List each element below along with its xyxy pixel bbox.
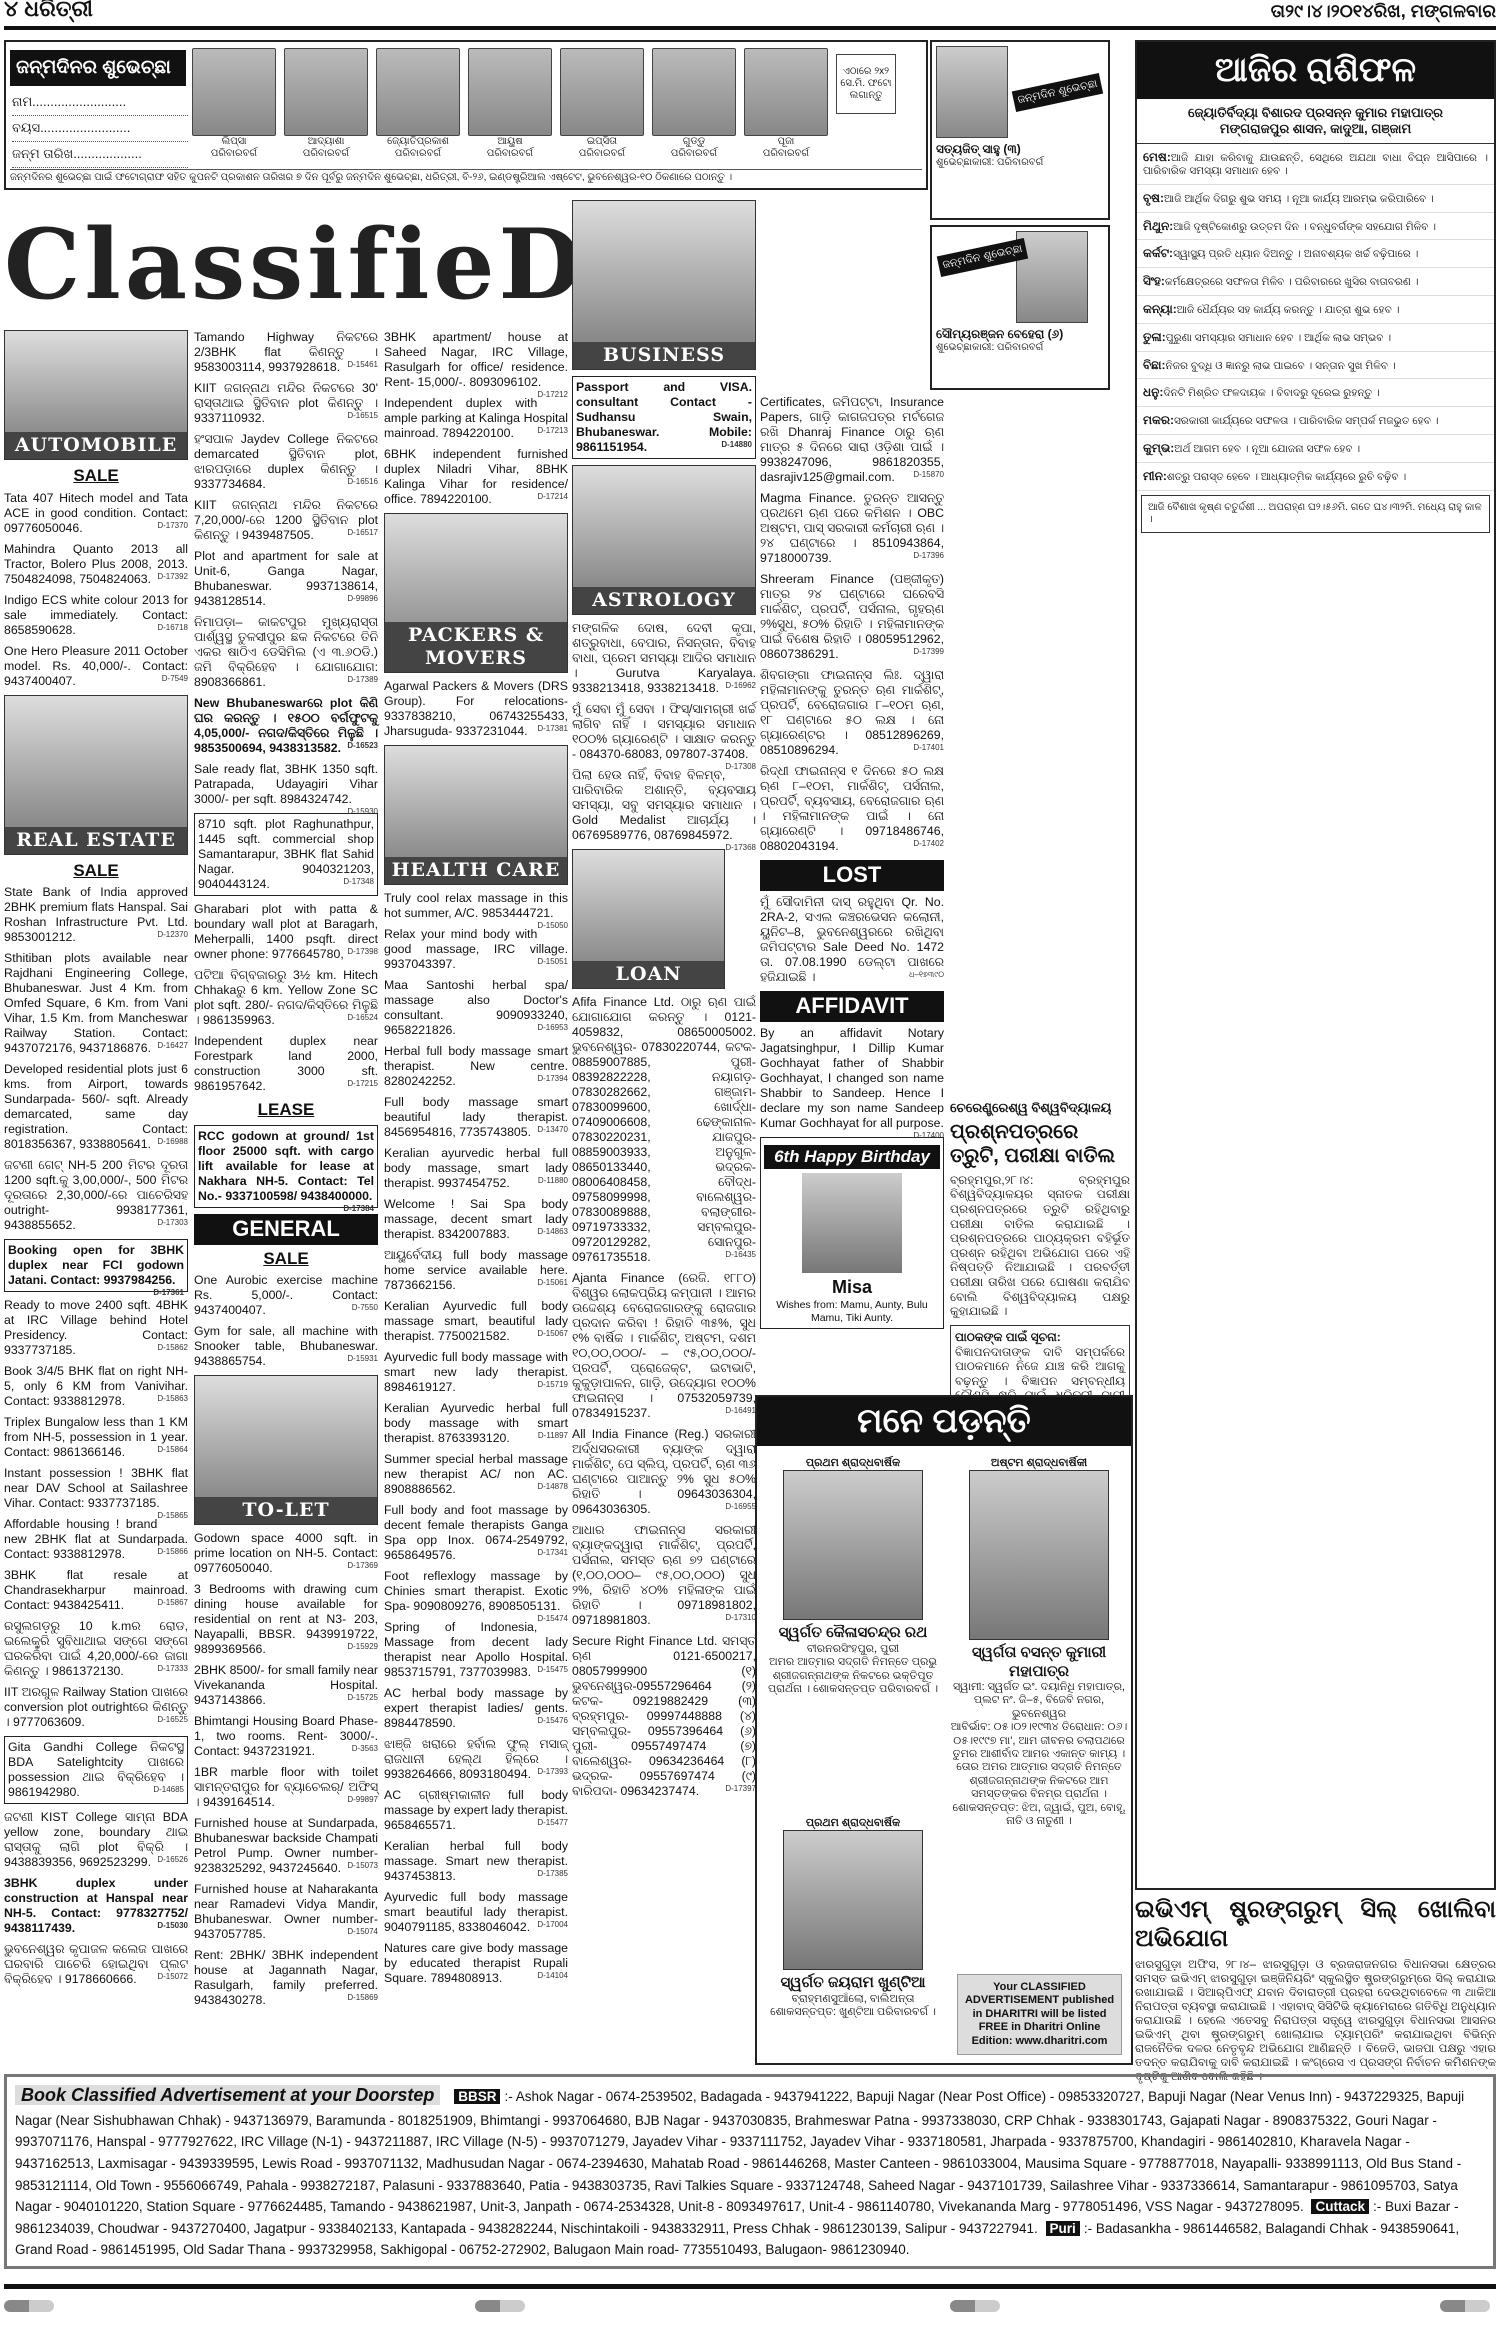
- classified-ad: ଝାଞ୍ଜି ଖରାରେ ହର୍ବାଲ ଫୁଲ୍ ମସାଜ୍ ରାଜଧାନୀ ହ…: [384, 1737, 568, 1782]
- classified-ad: Sale ready flat, 3BHK 1350 sqft. Patrapa…: [194, 762, 378, 807]
- ad-code: D-15074: [347, 1927, 378, 1937]
- sign-text: ଶତ୍ରୁ ପରାସ୍ତ ହେବେ । ଆଧ୍ୟାତ୍ମିକ କାର୍ଯ୍ୟରେ…: [1167, 471, 1406, 483]
- classified-ad: Truly cool relax massage in this hot sum…: [384, 891, 568, 921]
- automobile-banner: AUTOMOBILE: [4, 330, 188, 460]
- ad-code: D-16523: [347, 741, 378, 751]
- kid-name: ଜ୍ୟୋତିପ୍ରକାଶ: [376, 136, 460, 148]
- kid-from: ପରିବାରବର୍ଗ: [468, 148, 552, 160]
- kid-photo: [744, 48, 828, 136]
- loan-banner: LOAN: [572, 849, 725, 989]
- obit-name: ସ୍ୱର୍ଗତା ବସନ୍ତ କୁମାରୀ ମହାପାତ୍ର: [949, 1644, 1129, 1681]
- obituary: ଅଷ୍ଟମ ଶ୍ରାଦ୍ଧବାର୍ଷିକୀ ସ୍ୱର୍ଗତା ବସନ୍ତ କୁମ…: [949, 1457, 1129, 1828]
- sign-name: ମକର:: [1143, 413, 1174, 427]
- horoscope-sign: ତୁଳା:ପୁରୁଣା ସମସ୍ୟାର ସମାଧାନ ହେବ । ଆର୍ଥିକ …: [1137, 324, 1494, 352]
- horoscope-sign: ଧନୁ:ଦିନଟି ମିଶ୍ରିତ ଫଳଦାୟକ । ବିବାଦରୁ ଦୂରେଇ…: [1137, 379, 1494, 407]
- horoscope-sign: ମକର:ସରକାରୀ କାର୍ଯ୍ୟରେ ସଫଳତା । ପାରିବାରିକ ସ…: [1137, 407, 1494, 435]
- ad-code: D-15477: [537, 1818, 568, 1828]
- notice-title: ପାଠକଙ୍କ ପାଇଁ ସୂଚନା:: [955, 1330, 1125, 1345]
- kid-name: ଆଦ୍ୟାଶା: [284, 136, 368, 148]
- ad-code: D-16427: [157, 1041, 188, 1051]
- horoscope-sign: ବିଛା:ନିଜର ବୁଦ୍ଧି ଓ ଜ୍ଞାନରୁ ଲାଭ ପାଇବେ । ସ…: [1137, 352, 1494, 380]
- story-body: ବ୍ରହ୍ମପୁର,୨୮।୪: ବ୍ରହ୍ମପୁର ବିଶ୍ୱବିଦ୍ୟାଳୟର…: [950, 1173, 1130, 1319]
- classified-ad: Furnished house at Naharakanta near Rama…: [194, 1882, 378, 1942]
- classified-ad: KIIT ଜଗନ୍ନାଥ ମନ୍ଦିର ନିକଟରେ 30' ରାସ୍ତାଥାଇ…: [194, 381, 378, 426]
- classified-ad: Plot and apartment for sale at Unit-6, G…: [194, 549, 378, 609]
- ad-code: D-15869: [347, 1993, 378, 2003]
- classified-ad: 8710 sqft. plot Raghunathpur, 1445 sqft.…: [194, 813, 378, 896]
- page-number: ୪ ଧରିତ୍ରୀ: [4, 0, 93, 23]
- ad-text: Booking open for 3BHK duplex near FCI go…: [8, 1243, 184, 1287]
- ad-text: Ajanta Finance (ରେଜି. ୧୮୮୦) ବିଶ୍ୱର ଲୋକପ୍…: [572, 1271, 756, 1420]
- page-header: ୪ ଧରିତ୍ରୀ ତା୨୯।୪।୨୦୧୪ରିଖ, ମଙ୍ଗଳବାର: [4, 0, 1496, 30]
- classified-ad: Tamando Highway ନିକଟରେ 2/3BHK flat କିଣନ୍…: [194, 330, 378, 375]
- classified-ad: ଜଟଣୀ ଗେଟ୍ NH-5 200 ମିଟର ଦୂରତା 1200 sqft.…: [4, 1158, 188, 1233]
- ad-code: D-15862: [157, 1343, 188, 1353]
- ad-code: D-16953: [537, 1023, 568, 1033]
- classified-ad: ହଂସପାଳ Jaydev College ନିକଟରେ demarcated …: [194, 432, 378, 492]
- ad-text: Truly cool relax massage in this hot sum…: [384, 891, 568, 920]
- ad-code: D-17303: [157, 1218, 188, 1228]
- ad-code: D-15051: [537, 957, 568, 967]
- kid-photo: [192, 48, 276, 136]
- classified-ad: Afifa Finance Ltd. ଠାରୁ ଋଣ ପାଇଁ ଯୋଗାଯୋଗ …: [572, 995, 756, 1265]
- ad-code: D-15475: [537, 1665, 568, 1675]
- classified-ad: IIT ଅରଗୁଳ Railway Station ପାଖରେ conversi…: [4, 1685, 188, 1730]
- ad-code: D-17213: [537, 426, 568, 436]
- ad-text: Instant possession ! 3BHK flat near DAV …: [4, 1466, 188, 1510]
- classified-ad: Book 3/4/5 BHK flat on right NH-5, only …: [4, 1364, 188, 1409]
- classified-ad: ନିମାପଡ଼ା– କାକଟପୁର ମୁଖ୍ୟରାସ୍ତା ପାର୍ଶ୍ୱସ୍ଥ…: [194, 615, 378, 690]
- classified-logo: ClassifieD: [4, 205, 564, 325]
- ad-code: D-17397: [725, 1784, 756, 1794]
- mane-padanti-title: ମନେ ପଡ଼ନ୍ତି: [757, 1397, 1131, 1446]
- astrologer-name: ଜ୍ୟୋତିର୍ବିଦ୍ୟା ବିଶାରଦ ପ୍ରସନ୍ନ କୁମାର ମହାପ…: [1143, 105, 1488, 121]
- birthday-photo: [802, 1173, 902, 1273]
- kid-photo: [284, 48, 368, 136]
- ad-code: D-15050: [537, 921, 568, 931]
- coupon-dob-field: ଜନ୍ମ ତାରିଖ...................: [12, 146, 188, 168]
- color-registration-mark: [1440, 2300, 1490, 2312]
- classified-ad: New Bhubaneswarରେ plot କିଣି ଘର କରନ୍ତୁ । …: [194, 696, 378, 756]
- obit-text: ଆବିର୍ଭାବ: ୦୫।୦୨।୧୯୩୪ ତିରୋଧାନ: ୦୬।୦୫।୧୯୯୭…: [949, 1721, 1129, 1828]
- classified-ad: ଜଟଣୀ KIST College ସାମ୍ନା BDA yellow zone…: [4, 1810, 188, 1870]
- ad-text: One Hero Pleasure 2011 October model. Rs…: [4, 644, 188, 688]
- sign-name: ତୁଳା:: [1143, 330, 1166, 344]
- classified-ad: Secure Right Finance Ltd. ସମସ୍ତ ଋଣ 0121-…: [572, 1634, 756, 1799]
- coupon-name-field: ନାମ..........................: [12, 94, 188, 116]
- ad-code: D-15865: [157, 1511, 188, 1521]
- birthday-tag: ଜନ୍ମଦିନ ଶୁଭେଚ୍ଛା: [937, 238, 1029, 277]
- classified-ad: Maa Santoshi herbal spa/ massage also Do…: [384, 978, 568, 1038]
- classified-ad: Foot reflexlogy massage by Chinies smart…: [384, 1569, 568, 1614]
- obit-text: ଶୋକସନ୍ତପ୍ତ: ଖୁଣ୍ଟିଆ ପରିବାରବର୍ଗ ।: [763, 2006, 943, 2019]
- birthday-kids: ଲିପ୍ସାପରିବାରବର୍ଗ ଆଦ୍ୟାଶାପରିବାରବର୍ଗ ଜ୍ୟୋତ…: [192, 48, 896, 160]
- booking-centres-footer: Book Classified Advertisement at your Do…: [4, 2074, 1496, 2269]
- side-birthday-card: ଜନ୍ମଦିନ ଶୁଭେଚ୍ଛା ସତ୍ୟଜିତ୍ ସାହୁ (୩) ଶୁଭେଚ…: [930, 40, 1110, 220]
- ad-code: D-16515: [347, 411, 378, 421]
- sign-text: ନିଜର ବୁଦ୍ଧି ଓ ଜ୍ଞାନରୁ ଲାଭ ପାଇବେ । ସନ୍ତାନ…: [1166, 360, 1396, 372]
- ad-code: D-14685: [153, 1785, 184, 1795]
- ad-text: Sthitiban plots available near Rajdhani …: [4, 951, 188, 1055]
- sign-text: ସ୍ୱାସ୍ଥ୍ୟ ପ୍ରତି ଧ୍ୟାନ ଦିଅନ୍ତୁ । ଅନାବଶ୍ୟକ…: [1173, 248, 1418, 260]
- ad-code: D-17396: [913, 551, 944, 561]
- column-4: BUSINESS Passport and VISA. consultant C…: [572, 200, 756, 1805]
- classified-ad: Summer special herbal massage new therap…: [384, 1452, 568, 1497]
- ad-code: D-16988: [157, 1137, 188, 1147]
- ad-text: ମୁଁ ସେବା ମୁଁ ସେବା । ଫିସ୍/ସାମଗ୍ରୀ ଖର୍ଚ୍ଚ …: [572, 702, 756, 761]
- birthday-tag: ଜନ୍ମଦିନ ଶୁଭେଚ୍ଛା: [1011, 73, 1103, 112]
- astrologer: ଜ୍ୟୋତିର୍ବିଦ୍ୟା ବିଶାରଦ ପ୍ରସନ୍ନ କୁମାର ମହାପ…: [1137, 99, 1494, 144]
- kid-card: ଆଦ୍ୟାଶାପରିବାରବର୍ଗ: [284, 48, 368, 160]
- classified-ad: Ajanta Finance (ରେଜି. ୧୮୮୦) ବିଶ୍ୱର ଲୋକପ୍…: [572, 1271, 756, 1421]
- classified-ad: ମୁଁ ସେବା ମୁଁ ସେବା । ଫିସ୍/ସାମଗ୍ରୀ ଖର୍ଚ୍ଚ …: [572, 702, 756, 762]
- page-date: ତା୨୯।୪।୨୦୧୪ରିଖ, ମଙ୍ଗଳବାର: [1271, 1, 1496, 23]
- ad-code: D-17394: [537, 1074, 568, 1084]
- ad-code: D-15067: [537, 1329, 568, 1339]
- sign-name: କର୍କଟ:: [1143, 246, 1173, 260]
- ad-code: D-17398: [347, 947, 378, 957]
- obit-photo: [783, 1830, 923, 1970]
- horoscope-sign: କୁମ୍ଭ:ଅର୍ଥ ଆଗମ ହେବ । ନୂଆ ଯୋଜନା ସଫଳ ହେବ ।: [1137, 435, 1494, 463]
- happy-birthday-ad: 6th Happy Birthday Misa Wishes from: Mam…: [760, 1137, 944, 1329]
- story-kicker: ଚେରେଣ୍ଡ୍ରେଶ୍ୱ ବିଶ୍ୱବିଦ୍ୟାଳୟ: [950, 1100, 1130, 1116]
- ad-code: D-7550: [352, 1303, 378, 1313]
- news-body: ଝାରସୁଗୁଡ଼ା ଅଫିସ, ୨୮।୪– ଝାରସୁଗୁଡ଼ା ଓ ବ୍ରଜ…: [1135, 1958, 1496, 2084]
- classified-ad: 3 Bedrooms with drawing cum dining house…: [194, 1582, 378, 1657]
- ad-code: D-15864: [157, 1445, 188, 1455]
- ad-code: D-17215: [347, 1079, 378, 1089]
- classified-ad: Herbal full body massage smart therapist…: [384, 1044, 568, 1089]
- ad-code: D-7549: [162, 674, 188, 684]
- obit-label: ଅଷ୍ଟମ ଶ୍ରାଦ୍ଧବାର୍ଷିକୀ: [949, 1457, 1129, 1470]
- ad-code: D-17381: [537, 724, 568, 734]
- kid-from: ପରିବାରବର୍ଗ: [376, 148, 460, 160]
- ad-code: D-15073: [347, 1861, 378, 1871]
- kid-from: ପରିବାରବର୍ଗ: [652, 148, 736, 160]
- birthday-name: ସତ୍ୟଜିତ୍ ସାହୁ (୩): [936, 142, 1104, 157]
- ad-code: D-13470: [537, 1125, 568, 1135]
- classified-ad: Welcome ! Sai Spa body massage, decent s…: [384, 1197, 568, 1242]
- classified-ad: ରସୁଲଗଡ଼ରୁ 10 k.mର ରୋଡ, ଇଲେକ୍ଟ୍ରି ସୁବିଧାଥ…: [4, 1619, 188, 1679]
- classified-ad: Relax your mind body with good massage, …: [384, 927, 568, 972]
- news-headline: ଇଭିଏମ୍ ଷ୍ଟ୍ରଙ୍ଗରୁମ୍ ସିଲ୍ ଖୋଲିବା ଅଭିଯୋଗ: [1135, 1895, 1496, 1954]
- horoscope-sign: ମିଥୁନ:ଆଜି ଦୃଷ୍ଟିକୋଣରୁ ଉତ୍ତମ ଦିନ । ବନ୍ଧୁବ…: [1137, 213, 1494, 241]
- kid-name: ଲିପ୍ସା: [192, 136, 276, 148]
- obit-place: ବୀରନରସିଂହପୁର, ପୁରୀ: [763, 1643, 943, 1656]
- classified-ad: Independent duplex near Forestpark land …: [194, 1034, 378, 1094]
- ad-code: D-17361: [153, 1288, 184, 1298]
- classified-ad: ମଙ୍ଗଳିକ ଦୋଷ, ଦେବୀ କୃପା, ଶତ୍ରୁବାଧା, ବେପାର…: [572, 621, 756, 696]
- ad-code: D-17308: [725, 762, 756, 772]
- lost-ad: ମୁଁ ସୌଦାମିନୀ ଦାସ୍ ରହୁଥିବା Qr. No. 2RA-2,…: [760, 895, 944, 985]
- horoscope-sign: କର୍କଟ:ସ୍ୱାସ୍ଥ୍ୟ ପ୍ରତି ଧ୍ୟାନ ଦିଅନ୍ତୁ । ଅନ…: [1137, 240, 1494, 268]
- classified-ad: Spring of Indonesia, Massage from decent…: [384, 1620, 568, 1680]
- classified-ad: AC ଗ୍ରୀଷ୍ମକାଳୀନ full body massage by exp…: [384, 1788, 568, 1833]
- obituary: ପ୍ରଥମ ଶ୍ରାଦ୍ଧବାର୍ଷିକ ସ୍ୱର୍ଗତ ଜୟରାମ ଖୁଣ୍ଟ…: [763, 1817, 943, 2020]
- classified-ad: AC herbal body massage by expert therapi…: [384, 1686, 568, 1731]
- classified-ad: Mahindra Quanto 2013 all Tractor, Bolero…: [4, 542, 188, 587]
- ad-code: D-99896: [347, 594, 378, 604]
- ad-code: D-14104: [537, 1971, 568, 1981]
- kid-photo: [468, 48, 552, 136]
- ad-code: D-16524: [347, 1013, 378, 1023]
- classified-ad: Passport and VISA. consultant Contact - …: [572, 376, 756, 459]
- classified-ad: Booking open for 3BHK duplex near FCI go…: [4, 1239, 188, 1292]
- classified-ad: Full body massage smart beautiful lady t…: [384, 1095, 568, 1140]
- sign-text: ଦିନଟି ମିଶ୍ରିତ ଫଳଦାୟକ । ବିବାଦରୁ ଦୂରେଇ ରୁହ…: [1163, 387, 1379, 399]
- classified-ad: One Hero Pleasure 2011 October model. Rs…: [4, 644, 188, 689]
- ad-code: D-15719: [537, 1380, 568, 1390]
- kid-photo: [376, 48, 460, 136]
- city-label: Puri: [1046, 2221, 1080, 2236]
- classified-ad: RCC godown at ground/ 1st floor 25000 sq…: [194, 1125, 378, 1208]
- general-heading: GENERAL: [194, 1214, 378, 1245]
- classified-ad: Tata 407 Hitech model and Tata ACE in go…: [4, 491, 188, 536]
- obit-place: ବ୍ରାହ୍ମଣସୁଆଁଲୋ, ବାଲିଅନ୍ତା: [763, 1993, 943, 2006]
- obit-label: ପ୍ରଥମ ଶ୍ରାଦ୍ଧବାର୍ଷିକ: [763, 1817, 943, 1830]
- color-registration-mark: [950, 2300, 1000, 2312]
- classified-ad: ଆୟୁର୍ବେଦୀୟ full body massage home servic…: [384, 1248, 568, 1293]
- classified-ad: Gym for sale, all machine with Snooker t…: [194, 1324, 378, 1369]
- ad-code: D-17368: [725, 843, 756, 853]
- horoscope-sign: କନ୍ୟା:ଆଜି ଧୈର୍ଯ୍ୟର ସହ କାର୍ଯ୍ୟ କରନ୍ତୁ । ଯ…: [1137, 296, 1494, 324]
- happy-birthday-title: 6th Happy Birthday: [764, 1145, 940, 1170]
- classified-ad: Agarwal Packers & Movers (DRS Group). Fo…: [384, 679, 568, 739]
- kid-from: ପରିବାରବର୍ଗ: [744, 148, 828, 160]
- classified-ad: Gita Gandhi College ନିକଟସ୍ଥ BDA Sateligh…: [4, 1736, 188, 1804]
- ad-code: D-17385: [537, 1869, 568, 1879]
- sign-name: ମୀନ:: [1143, 469, 1167, 483]
- lost-heading: LOST: [760, 860, 944, 891]
- birthday-wishes: Wishes from: Mamu, Aunty, Bulu Mamu, Tik…: [764, 1299, 940, 1325]
- horoscope-panel: ଆଜିର ରାଶିଫଳ ଜ୍ୟୋତିର୍ବିଦ୍ୟା ବିଶାରଦ ପ୍ରସନ୍…: [1135, 40, 1496, 1890]
- classified-ad: All India Finance (Reg.) ସରକାରୀ ଅର୍ଦ୍ଧସର…: [572, 1427, 756, 1517]
- ad-code: D-17214: [537, 492, 568, 502]
- photo-slot: ଏଠାରେ ୨x୨ ସେ.ମି. ଫଟୋ ଲଗାନ୍ତୁ: [836, 54, 896, 114]
- ad-code: D-16955: [725, 1502, 756, 1512]
- panchang: ଆଜି ବୈଶାଖ କୃଷ୍ଣ ଚତୁର୍ଦ୍ଦଶୀ ... ଅପରାହ୍ଣ ଘ…: [1141, 495, 1490, 533]
- sign-name: କନ୍ୟା:: [1143, 302, 1177, 316]
- classified-ad: Keralian herbal full body massage. Smart…: [384, 1839, 568, 1884]
- classified-ad: Godown space 4000 sqft. in prime locatio…: [194, 1531, 378, 1576]
- side-birthday-card: ଜନ୍ମଦିନ ଶୁଭେଚ୍ଛା ସୌମ୍ୟରଞ୍ଜନ ବେହେରା (୬) ଶ…: [930, 225, 1110, 390]
- birthday-coupon-form: ନାମ.......................... ବୟସ.......…: [12, 94, 188, 172]
- ad-text: One Aurobic exercise machine Rs. 5,000/-…: [194, 1273, 378, 1317]
- obituary: ପ୍ରଥମ ଶ୍ରାଦ୍ଧବାର୍ଷିକ ସ୍ୱର୍ଗତ କୈଳାସଚନ୍ଦ୍ର…: [763, 1457, 943, 1696]
- kid-name: ଆୟୁଷ: [468, 136, 552, 148]
- ad-text: Foot reflexlogy massage by Chinies smart…: [384, 1569, 568, 1613]
- obit-name: ସ୍ୱର୍ଗତ କୈଳାସଚନ୍ଦ୍ର ରଥ: [763, 1624, 943, 1642]
- section-lease: LEASE: [194, 1100, 378, 1121]
- bottom-rule: [4, 2284, 1496, 2289]
- classified-ad: State Bank of India approved 2BHK premiu…: [4, 885, 188, 945]
- kid-card: ଜ୍ୟୋତିପ୍ରକାଶପରିବାରବର୍ଗ: [376, 48, 460, 160]
- ad-code: D-11897: [538, 1431, 568, 1441]
- packers-movers-banner: PACKERS & MOVERS: [384, 513, 568, 673]
- classified-ad: Shreeram Finance (ପଞ୍ଜୀକୃତ) ମାତ୍ର ୨୪ ଘଣ୍…: [760, 572, 944, 662]
- ad-code: D-17393: [537, 1767, 568, 1777]
- classified-ad: Keralian Ayurvedic full body massage sma…: [384, 1299, 568, 1344]
- ad-code: D-3563: [352, 1744, 378, 1754]
- ad-code: D-15866: [157, 1547, 188, 1557]
- ad-code: D-15931: [347, 1354, 378, 1364]
- sign-text: କର୍ମକ୍ଷେତ୍ରରେ ସଫଳତା ମିଳିବ । ପରିବାରରେ ଖୁସ…: [1165, 276, 1419, 288]
- kid-from: ପରିବାରବର୍ଗ: [192, 148, 276, 160]
- ad-code: D-17341: [537, 1548, 568, 1558]
- ad-code: D-16962: [725, 681, 756, 691]
- ad-code: D-16718: [157, 623, 188, 633]
- horoscope-title: ଆଜିର ରାଶିଫଳ: [1137, 42, 1494, 99]
- ad-code: D-17399: [913, 647, 944, 657]
- classified-ad: 2BHK 8500/- for small family near Viveka…: [194, 1663, 378, 1708]
- sign-name: ସିଂହ:: [1143, 274, 1165, 288]
- section-sale: SALE: [194, 1249, 378, 1270]
- ad-code: D-17369: [347, 1561, 378, 1571]
- ad-code: D-15061: [537, 1278, 568, 1288]
- ad-code: D-16517: [347, 528, 378, 538]
- ad-code: D-17402: [913, 839, 944, 849]
- ad-code: D-15474: [537, 1614, 568, 1624]
- color-registration-mark: [475, 2300, 525, 2312]
- classified-ad: Affordable housing ! brand new 2BHK flat…: [4, 1517, 188, 1562]
- ad-code: D-16526: [157, 1855, 188, 1865]
- sign-text: ଆଜି ଦୃଷ୍ଟିକୋଣରୁ ଉତ୍ତମ ଦିନ । ବନ୍ଧୁବର୍ଗଙ୍କ…: [1173, 221, 1436, 233]
- classified-ad: Furnished house at Sundarpada, Bhubanesw…: [194, 1816, 378, 1876]
- section-sale: SALE: [4, 861, 188, 882]
- kid-name: ପୂଜା: [744, 136, 828, 148]
- horoscope-sign: ସିଂହ:କର୍ମକ୍ଷେତ୍ରରେ ସଫଳତା ମିଳିବ । ପରିବାରର…: [1137, 268, 1494, 296]
- horoscope-sign: ବୃଷ:ଆଜି ଆର୍ଥିକ ଦିଗରୁ ଶୁଭ ସମୟ । ନୂଆ କାର୍ଯ…: [1137, 185, 1494, 213]
- ad-code: D-15476: [537, 1716, 568, 1726]
- classified-ad: Triplex Bungalow less than 1 KM from NH-…: [4, 1415, 188, 1460]
- ad-code: D-17004: [537, 1920, 568, 1930]
- classified-ad: Gharabari plot with patta & boundary wal…: [194, 902, 378, 962]
- classified-ad: Ayurvedic full body massage with smart n…: [384, 1350, 568, 1395]
- health-care-banner: HEALTH CARE: [384, 745, 568, 885]
- classified-ad: Ready to move 2400 sqft. 4BHK at IRC Vil…: [4, 1298, 188, 1358]
- horoscope-sign: ମେଷ:ଆଜି ଯାହା କରିବାକୁ ଯାଉଛନ୍ତି, ସେଥିରେ ଅଯ…: [1137, 144, 1494, 185]
- birthday-text: ଶୁଭେଚ୍ଛାକାରୀ: ପରିବାରବର୍ଗ: [936, 157, 1104, 169]
- story-headline: ପ୍ରଶ୍ନପତ୍ରରେ ତ୍ରୁଟି, ପରୀକ୍ଷା ବାତିଲ: [950, 1120, 1130, 1169]
- city-label: Cuttack: [1311, 2199, 1369, 2214]
- ad-code: D-15930: [347, 807, 378, 817]
- birthday-name: Misa: [764, 1277, 940, 1299]
- real-estate-banner: REAL ESTATE: [4, 695, 188, 855]
- sign-name: ମେଷ:: [1143, 150, 1171, 164]
- ad-code: D-15072: [157, 1972, 188, 1982]
- classified-ad: Natures care give body massage by educat…: [384, 1941, 568, 1986]
- city-entries: Ashok Nagar - 0674-2539502, Badagada - 9…: [15, 2089, 1464, 2214]
- sign-name: ବୃଷ:: [1143, 191, 1164, 205]
- section-sale: SALE: [4, 466, 188, 487]
- ad-code: D-15867: [157, 1598, 188, 1608]
- ad-code: D-17348: [343, 877, 374, 887]
- ad-code: D-17212: [537, 390, 568, 400]
- classified-ad: 3BHK flat resale at Chandrasekharpur mai…: [4, 1568, 188, 1613]
- ad-code: D-17392: [157, 572, 188, 582]
- ad-code: D-15870: [913, 470, 944, 480]
- classified-ad: Sthitiban plots available near Rajdhani …: [4, 951, 188, 1056]
- birthday-photo: [936, 46, 1008, 138]
- sign-text: ଆଜି ଆର୍ଥିକ ଦିଗରୁ ଶୁଭ ସମୟ । ନୂଆ କାର୍ଯ୍ୟ ଆ…: [1164, 193, 1434, 205]
- kid-from: ପରିବାରବର୍ଗ: [560, 148, 644, 160]
- sign-text: ଆଜି ଧୈର୍ଯ୍ୟର ସହ କାର୍ଯ୍ୟ କରନ୍ତୁ । ଯାତ୍ରା …: [1177, 304, 1400, 316]
- kid-from: ପରିବାରବର୍ଗ: [284, 148, 368, 160]
- obit-text: ଅମର ଆତ୍ମାର ସଦ୍‌ଗତି ନିମନ୍ତେ ପ୍ରଭୁ ଶ୍ରୀଜଗନ…: [763, 1656, 943, 1696]
- column-1: AUTOMOBILE SALE Tata 407 Hitech model an…: [4, 330, 188, 1993]
- obit-photo: [969, 1470, 1109, 1640]
- ad-code: D-15929: [347, 1642, 378, 1652]
- kid-photo: [560, 48, 644, 136]
- ad-code: D-17389: [347, 675, 378, 685]
- free-listing-box: Your CLASSIFIED ADVERTISEMENT published …: [957, 1974, 1122, 2055]
- classified-ad: ରିଦ୍ଧୀ ଫାଇନାନ୍ସ ୧ ଦିନରେ ୫୦ ଲକ୍ଷ ଋଣ ୮–୧୦ମ…: [760, 764, 944, 854]
- ad-text: ପିଲା ହେଉ ନାହିଁ, ବିବାହ ବିଳମ୍ବ, ପାରିବାରିକ …: [572, 768, 756, 842]
- column-3: 3BHK apartment/ house at Saheed Nagar, I…: [384, 330, 568, 1992]
- classified-ad: Certificates, ଜମିପଟ୍ଟା, Insurance Papers…: [760, 395, 944, 485]
- sign-name: ଧନୁ:: [1143, 385, 1163, 399]
- birthday-name: ସୌମ୍ୟରଞ୍ଜନ ବେହେରା (୬): [936, 327, 1104, 342]
- classified-ad: Indigo ECS white colour 2013 for sale im…: [4, 593, 188, 638]
- affidavit-heading: AFFIDAVIT: [760, 991, 944, 1022]
- birthday-photo: [1016, 231, 1088, 323]
- kid-card: ପୂଜାପରିବାରବର୍ଗ: [744, 48, 828, 160]
- kid-card: ଇପ୍ସିତାପରିବାରବର୍ଗ: [560, 48, 644, 160]
- ad-text: Afifa Finance Ltd. ଠାରୁ ଋଣ ପାଇଁ ଯୋଗାଯୋଗ …: [572, 995, 756, 1264]
- astrologer-address: ମଙ୍ଗରାଜପୁର ଶାସନ, କାଦୁଆ, ଗଞ୍ଜାମ: [1143, 121, 1488, 137]
- to-let-banner: TO-LET: [194, 1375, 378, 1525]
- sign-text: ସରକାରୀ କାର୍ଯ୍ୟରେ ସଫଳତା । ପାରିବାରିକ ସମ୍ପର…: [1174, 415, 1439, 427]
- ad-code: D-99897: [347, 1795, 378, 1805]
- obit-name: ସ୍ୱର୍ଗତ ଜୟରାମ ଖୁଣ୍ଟିଆ: [763, 1974, 943, 1992]
- kid-name: ଗୁଡ୍ଡୁ: [652, 136, 736, 148]
- classified-ad: 3BHK duplex under construction at Hanspa…: [4, 1876, 188, 1936]
- classified-ad: Keralian Ayurvedic herbal full body mass…: [384, 1401, 568, 1446]
- news-story: ଇଭିଏମ୍ ଷ୍ଟ୍ରଙ୍ଗରୁମ୍ ସିଲ୍ ଖୋଲିବା ଅଭିଯୋଗ ଝ…: [1135, 1895, 1496, 2084]
- classified-ad: ପଟିଆ ବିଗ୍‌ବଜାରରୁ 3½ km. Hitech Chhakaରୁ …: [194, 968, 378, 1028]
- sign-text: ଆଜି ଯାହା କରିବାକୁ ଯାଉଛନ୍ତି, ସେଥିରେ ଅଯଥା ବ…: [1143, 152, 1488, 177]
- ad-code: D-16525: [157, 1715, 188, 1725]
- coupon-age-field: ବୟସ.........................: [12, 120, 188, 142]
- ad-code: D-11880: [538, 1176, 568, 1186]
- ad-code: D-17333: [157, 1664, 188, 1674]
- classified-ad: 1BR marble floor with toilet ସାମନ୍ତରାପୁର…: [194, 1765, 378, 1810]
- classified-ad: 3BHK apartment/ house at Saheed Nagar, I…: [384, 330, 568, 390]
- university-story: ଚେରେଣ୍ଡ୍ରେଶ୍ୱ ବିଶ୍ୱବିଦ୍ୟାଳୟ ପ୍ରଶ୍ନପତ୍ରରେ…: [950, 1100, 1130, 1423]
- ad-text: 3BHK apartment/ house at Saheed Nagar, I…: [384, 330, 568, 389]
- classified-ad: Rent: 2BHK/ 3BHK independent house at Ja…: [194, 1948, 378, 2008]
- ad-code: D-17310: [725, 1613, 756, 1623]
- birthday-text: ଶୁଭେଚ୍ଛାକାରୀ: ପରିବାରବର୍ଗ: [936, 342, 1104, 354]
- affidavit-ad: By an affidavit Notary Jagatsinghpur, I …: [760, 1026, 944, 1131]
- ad-code: D-15030: [157, 1921, 188, 1931]
- sign-name: ମିଥୁନ:: [1143, 219, 1173, 233]
- classified-ad: ଭୁବନେଶ୍ୱର କୃପାଜଳ କଲେଜ ପାଖରେ ଘରବାରି ପାଚେର…: [4, 1942, 188, 1987]
- mane-padanti-obituaries: ମନେ ପଡ଼ନ୍ତି ପ୍ରଥମ ଶ୍ରାଦ୍ଧବାର୍ଷିକ ସ୍ୱର୍ଗତ…: [755, 1395, 1133, 2065]
- ad-code: D-16516: [347, 477, 378, 487]
- ad-code: D-17370: [157, 521, 188, 531]
- ad-code: D-15863: [157, 1394, 188, 1404]
- birthday-title: ଜନ୍ମଦିନର ଶୁଭେଚ୍ଛା: [10, 50, 186, 86]
- ad-text: ଆଧାର ଫାଇନାନ୍ସ ସରକାରୀ ବ୍ୟାଙ୍କଦ୍ୱାରା ମାର୍କ…: [572, 1523, 756, 1627]
- classified-ad: Ayurvedic full body massage smart beauti…: [384, 1890, 568, 1935]
- color-registration-mark: [4, 2300, 54, 2312]
- ad-code: D-15725: [347, 1693, 378, 1703]
- astrology-banner: ASTROLOGY: [572, 465, 756, 615]
- classified-ad: Bhimtangi Housing Board Phase-1, two roo…: [194, 1714, 378, 1759]
- ad-code: D-15461: [347, 360, 378, 370]
- ad-code: D-14878: [537, 1482, 568, 1492]
